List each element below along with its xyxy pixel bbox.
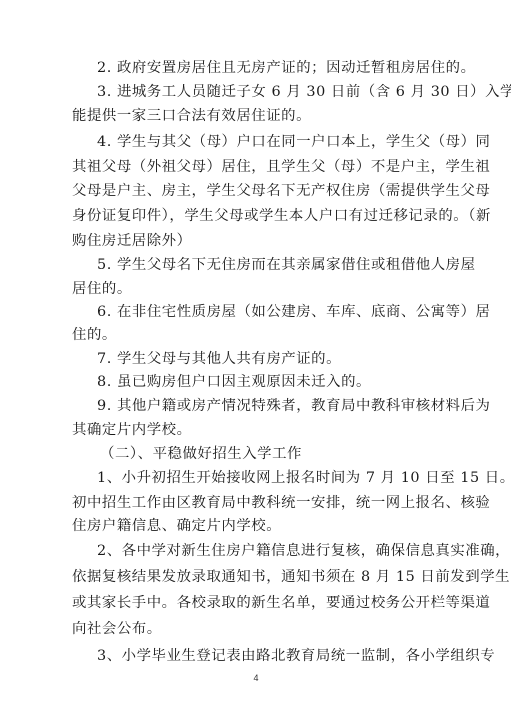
text-line: 7. 学生父母与其他人共有房产证的。 bbox=[97, 350, 444, 368]
text-line: 购住房迁居除外） bbox=[72, 232, 444, 250]
text-line: 能提供一家三口合法有效居住证的。 bbox=[72, 107, 444, 125]
text-line: 9. 其他户籍或房产情况特殊者，教育局中教科审核材料后为 bbox=[97, 397, 444, 415]
section-heading: （二）、平稳做好招生入学工作 bbox=[100, 445, 400, 463]
text-line: 4. 学生与其父（母）户口在同一户口本上，学生父（母）同 bbox=[97, 133, 444, 151]
text-line: 向社会公布。 bbox=[72, 620, 444, 638]
text-line: 5. 学生父母名下无住房而在其亲属家借住或租借他人房屋 bbox=[97, 256, 444, 274]
text-line: 8. 虽已购房但户口因主观原因未迁入的。 bbox=[97, 373, 444, 391]
text-line: 1、小升初招生开始接收网上报名时间为 7 月 10 日至 15 日。 bbox=[97, 469, 444, 487]
text-line: 3、小学毕业生登记表由路北教育局统一监制，各小学组织专 bbox=[97, 647, 444, 665]
page-number: 4 bbox=[252, 673, 260, 683]
text-line: 住的。 bbox=[72, 326, 444, 344]
text-line: 或其家长手中。各校录取的新生名单，要通过校务公开栏等渠道 bbox=[72, 594, 444, 612]
text-line: 父母是户主、房主，学生父母名下无产权住房（需提供学生父母 bbox=[72, 182, 444, 200]
text-line: 依据复核结果发放录取通知书，通知书须在 8 月 15 日前发到学生 bbox=[72, 568, 444, 586]
text-line: 2. 政府安置房居住且无房产证的；因动迁暂租房居住的。 bbox=[97, 59, 444, 77]
text-line: 3. 进城务工人员随迁子女 6 月 30 日前（含 6 月 30 日）入学 bbox=[97, 83, 444, 101]
text-line: 6. 在非住宅性质房屋（如公建房、车库、底商、公寓等）居 bbox=[97, 303, 444, 321]
text-line: 其祖父母（外祖父母）居住，且学生父（母）不是户主，学生祖 bbox=[72, 158, 444, 176]
text-line: 身份证复印件），学生父母或学生本人户口有过迁移记录的。（新 bbox=[72, 207, 444, 225]
text-line: 居住的。 bbox=[72, 280, 444, 298]
text-line: 住房户籍信息、确定片内学校。 bbox=[72, 517, 444, 535]
document-page: 2. 政府安置房居住且无房产证的；因动迁暂租房居住的。 3. 进城务工人员随迁子… bbox=[0, 0, 511, 719]
text-line: 初中招生工作由区教育局中教科统一安排，统一网上报名、核验 bbox=[72, 494, 444, 512]
text-line: 2、各中学对新生住房户籍信息进行复核，确保信息真实准确， bbox=[97, 542, 444, 560]
text-line: 其确定片内学校。 bbox=[72, 421, 444, 439]
